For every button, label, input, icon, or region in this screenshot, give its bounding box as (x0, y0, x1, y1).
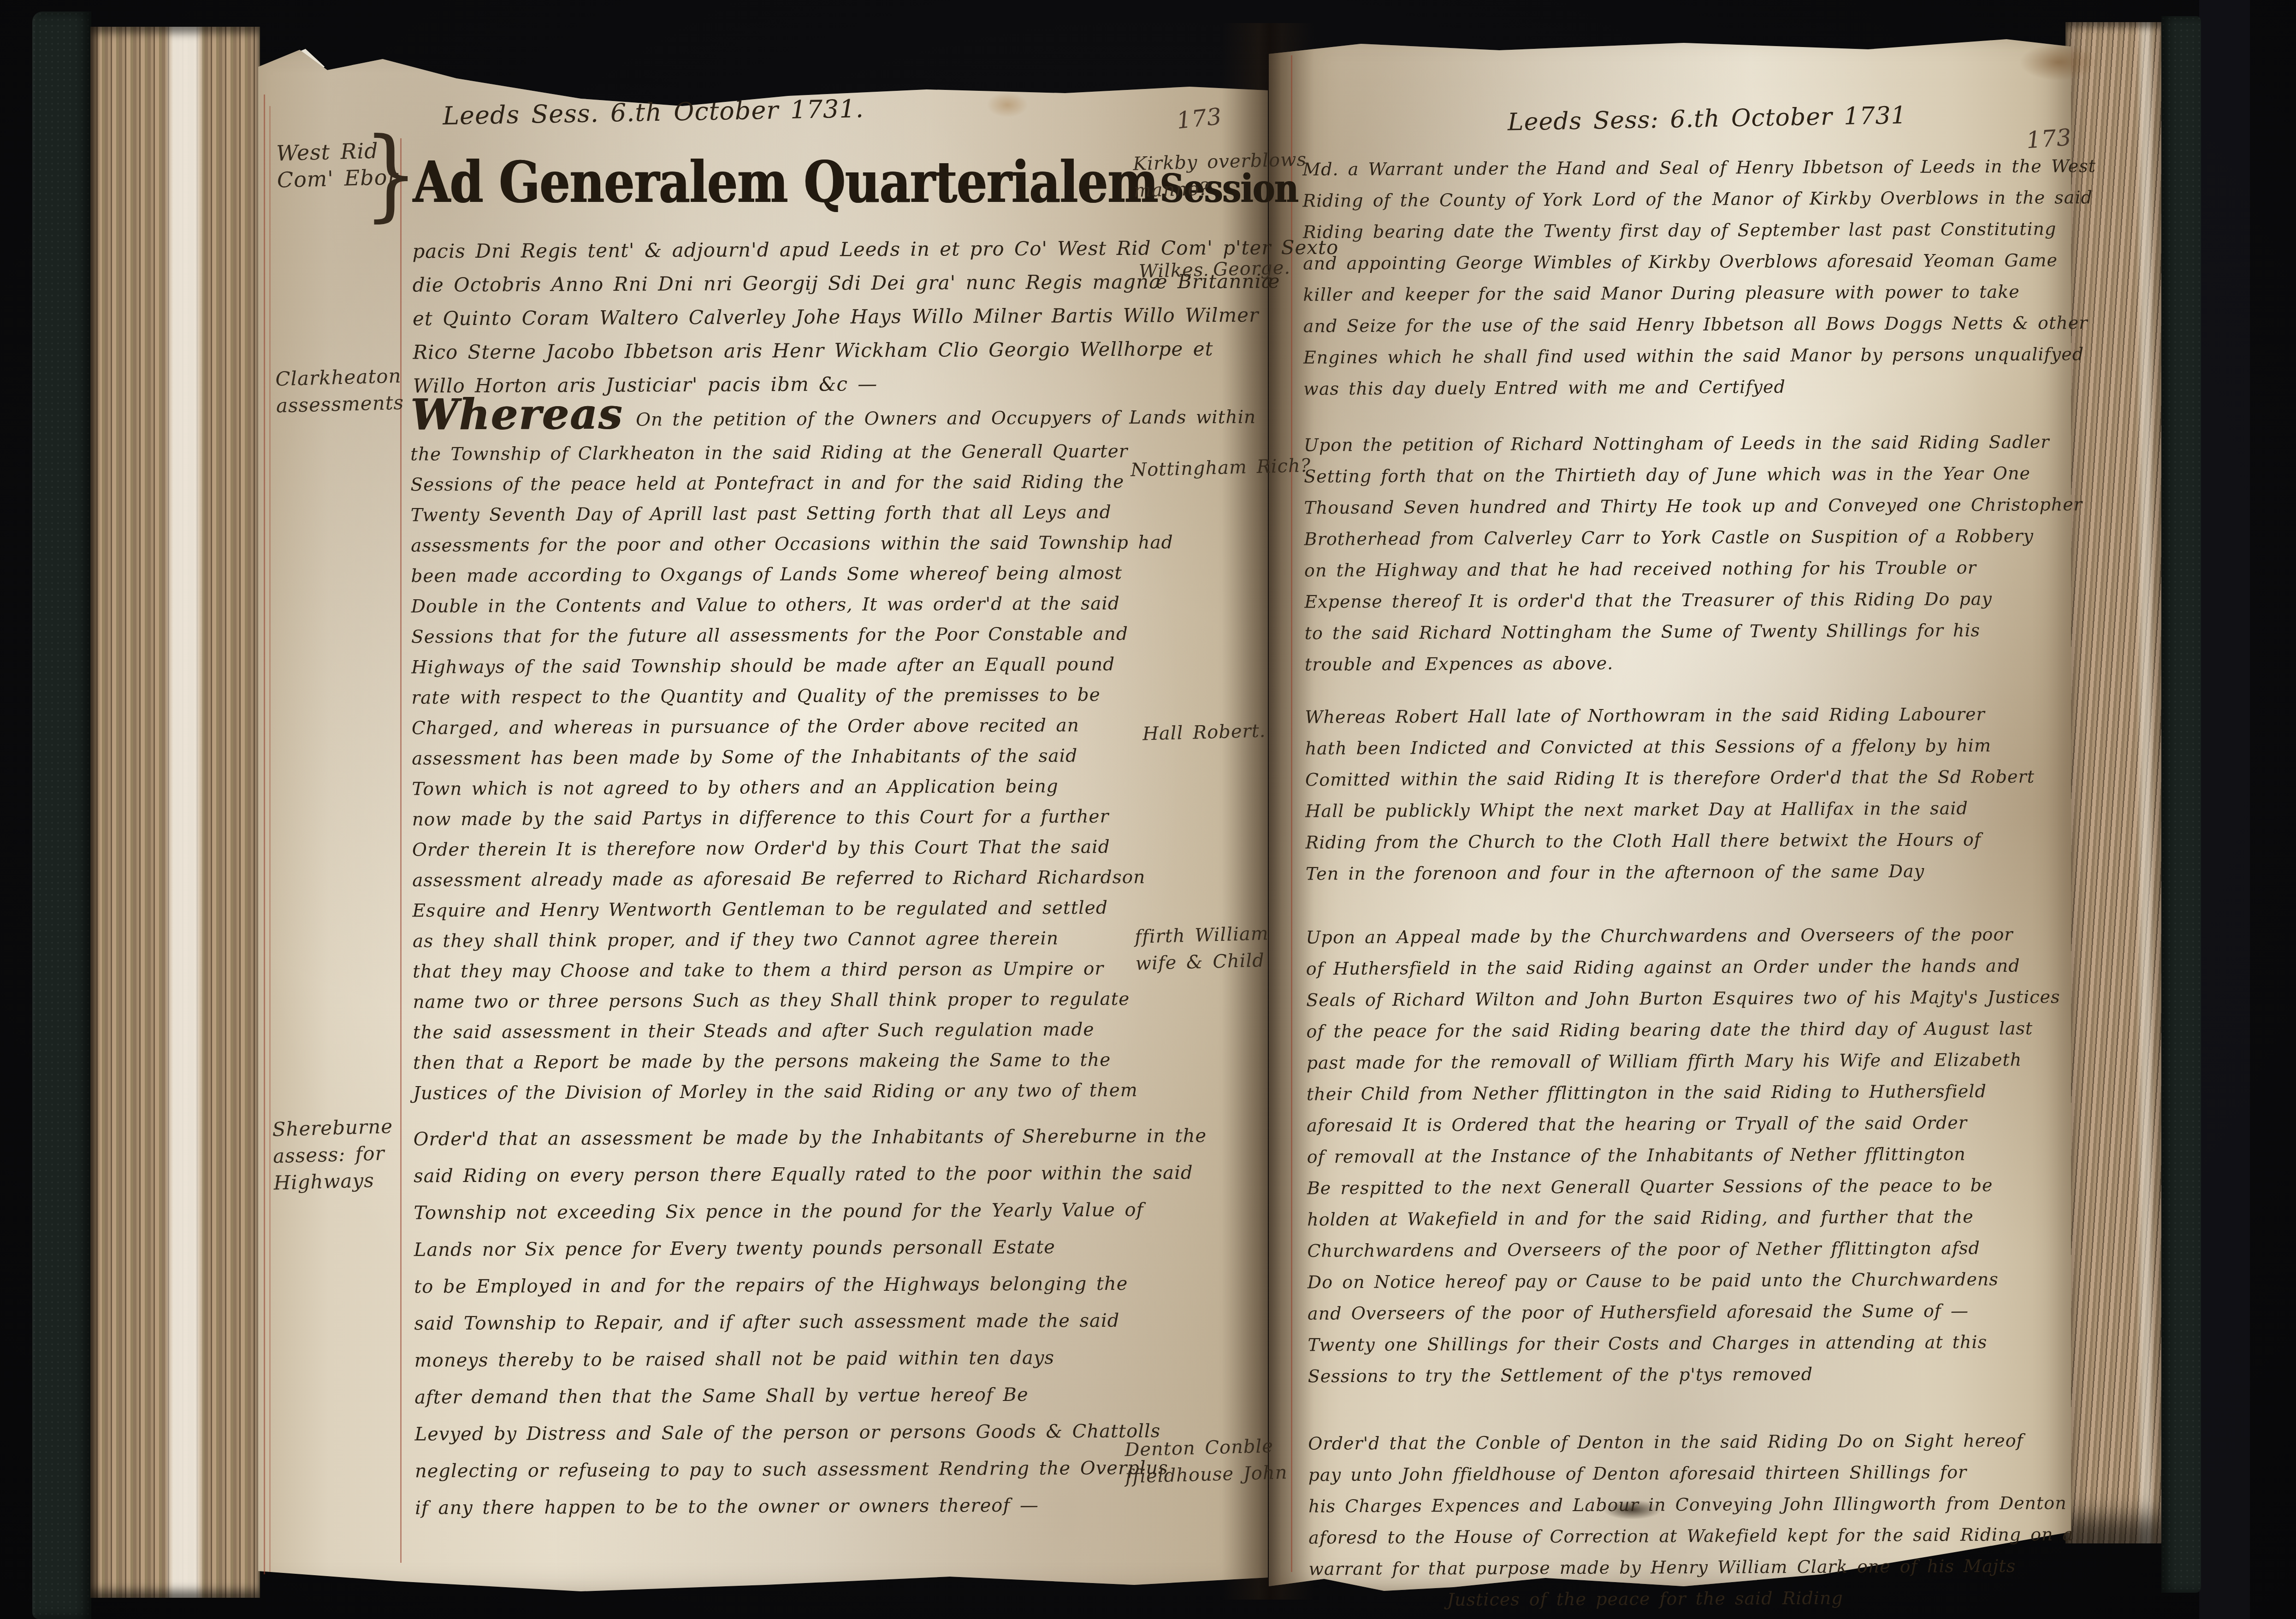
text-line: aforesaid It is Ordered that the hearing… (1307, 1106, 2049, 1141)
text-line: Double in the Contents and Value to othe… (411, 588, 1167, 622)
left-page-number: 173 (1175, 103, 1223, 134)
text-line: aforesd to the House of Correction at Wa… (1308, 1519, 2051, 1553)
text-line: Do on Notice hereof pay or Cause to be p… (1308, 1263, 2050, 1298)
text-line: after demand then that the Same Shall by… (414, 1376, 1171, 1416)
text-line: Upon an Appeal made by the Churchwardens… (1306, 918, 2048, 953)
text-line: of the peace for the said Riding bearing… (1306, 1012, 2048, 1047)
text-line: rate with respect to the Quantity and Qu… (411, 680, 1167, 713)
text-line: to the said Richard Nottingham the Sume … (1304, 614, 2047, 649)
nottingham-paragraph: Upon the petition of Richard Nottingham … (1304, 426, 2047, 680)
right-page-number: 173 (2025, 124, 2072, 154)
text-line: Riding from the Church to the Cloth Hall… (1305, 823, 2047, 858)
book-cover-right (2161, 16, 2201, 1593)
text-line: said Riding on every person there Equall… (414, 1154, 1170, 1194)
firth-paragraph: Upon an Appeal made by the Churchwardens… (1306, 918, 2050, 1392)
page-edges-left (90, 27, 260, 1598)
text-line: Setting forth that on the Thirtieth day … (1304, 457, 2046, 492)
book-cover-left (32, 12, 91, 1619)
heading-large-text: Ad Generalem Quarterialem (413, 148, 1158, 215)
text-line: and Seize for the use of the said Henry … (1303, 307, 2046, 342)
text-line: now made by the said Partys in differenc… (412, 801, 1168, 835)
text-line: as they shall think proper, and if they … (413, 923, 1169, 957)
whereas-line-rest: On the petition of the Owners and Occupy… (636, 407, 1256, 431)
text-line: Order'd that an assessment be made by th… (414, 1117, 1170, 1158)
text-line: Engines which he shall find used within … (1303, 338, 2046, 373)
margin-note-nottingham: Nottingham Rich? (1130, 452, 1311, 484)
text-line: the said assessment in their Steads and … (413, 1014, 1169, 1048)
text-line: said Township to Repair, and if after su… (414, 1302, 1170, 1342)
text-line: die Octobris Anno Rni Dni nri Georgij Sd… (413, 265, 1169, 301)
shereburne-paragraph: Order'd that an assessment be made by th… (414, 1117, 1172, 1526)
text-line: Brotherhead from Calverley Carr to York … (1304, 520, 2047, 555)
text-line: Hall be publickly Whipt the next market … (1305, 792, 2047, 827)
manuscript-photo: Leeds Sess. 6.th October 1731. 173 West … (0, 0, 2296, 1619)
page-edges-right (2065, 22, 2165, 1543)
text-line: been made according to Oxgangs of Lands … (411, 558, 1167, 591)
text-line: Justices of the Division of Morley in th… (413, 1075, 1169, 1109)
text-line: assessment has been made by Some of the … (412, 740, 1168, 774)
text-line: Twenty Seventh Day of Aprill last past S… (411, 497, 1167, 531)
margin-rule-left-edge (264, 95, 265, 1574)
text-line: Order therein It is therefore now Order'… (412, 832, 1168, 865)
text-line: and Overseers of the poor of Huthersfiel… (1308, 1294, 2050, 1329)
text-line: the Township of Clarkheaton in the said … (410, 436, 1166, 470)
text-line: moneys thereby to be raised shall not be… (414, 1339, 1171, 1379)
text-line: assessments for the poor and other Occas… (411, 527, 1167, 561)
text-line: was this day duely Entred with me and Ce… (1303, 370, 2046, 404)
text-line: et Quinto Coram Waltero Calverley Johe H… (413, 298, 1169, 335)
text-line: pacis Dni Regis tent' & adjourn'd apud L… (412, 231, 1168, 268)
whereas-first-line: WhereasOn the petition of the Owners and… (410, 386, 1166, 439)
text-line: hath been Indicted and Convicted at this… (1305, 729, 2047, 764)
text-line: Levyed by Distress and Sale of the perso… (414, 1412, 1171, 1453)
text-line: Justices of the peace for the said Ridin… (1309, 1581, 2051, 1616)
text-line: Expense thereof It is order'd that the T… (1304, 583, 2047, 617)
left-page-body: WhereasOn the petition of the Owners and… (410, 386, 1172, 1526)
margin-rule-right-page (1291, 55, 1292, 1572)
text-line: of removall at the Instance of the Inhab… (1307, 1138, 2049, 1172)
text-line: holden at Wakefield in and for the said … (1307, 1200, 2049, 1235)
text-line: to be Employed in and for the repairs of… (414, 1265, 1170, 1305)
text-line: Whereas Robert Hall late of Northowram i… (1305, 698, 2047, 733)
text-line: Sessions of the peace held at Pontefract… (410, 467, 1166, 500)
hall-paragraph: Whereas Robert Hall late of Northowram i… (1305, 698, 2048, 889)
text-line: Md. a Warrant under the Hand and Seal of… (1302, 151, 2045, 185)
margin-rule-left-edge-2 (269, 106, 271, 1572)
warrant-paragraph: Md. a Warrant under the Hand and Seal of… (1302, 151, 2046, 405)
margin-note-kirkby: Kirkby overblows manno? (1133, 146, 1308, 204)
text-line: trouble and Expences as above. (1305, 645, 2047, 680)
margin-note-hall: Hall Robert. (1142, 718, 1266, 748)
text-line: Sessions to try the Settlement of the p'… (1308, 1357, 2050, 1392)
text-line: if any there happen to be to the owner o… (415, 1486, 1171, 1526)
margin-note-firth: ffirth William wife & Child (1135, 920, 1270, 977)
text-line: Upon the petition of Richard Nottingham … (1304, 426, 2046, 461)
text-line: their Child from Nether fflittington in … (1307, 1075, 2049, 1110)
text-line: killer and keeper for the said Manor Dur… (1303, 276, 2045, 311)
text-line: Sessions that for the future all assessm… (411, 619, 1167, 652)
text-line: name two or three persons Such as they S… (413, 984, 1169, 1017)
text-line: Riding of the County of York Lord of the… (1302, 182, 2045, 217)
text-line: Comitted within the said Riding It is th… (1305, 761, 2047, 795)
text-line: of Huthersfield in the said Riding again… (1306, 950, 2048, 984)
text-line: Thousand Seven hundred and Thirty He too… (1304, 489, 2046, 523)
text-line: Order'd that the Conble of Denton in the… (1308, 1424, 2050, 1459)
margin-note-denton: Denton Conble ffieldhouse John (1124, 1432, 1288, 1490)
margin-note-wilkes: Wilkes George. (1138, 254, 1290, 285)
text-line: Town which is not agreed to by others an… (412, 771, 1168, 804)
text-line: Twenty one Shillings for their Costs and… (1308, 1326, 2050, 1360)
text-line: Churchwardens and Overseers of the poor … (1307, 1232, 2049, 1266)
margin-note-shereburne: Shereburne assess: for Highways (272, 1113, 395, 1197)
text-line: on the Highway and that he had received … (1304, 551, 2047, 586)
text-line: pay unto John ffieldhouse of Denton afor… (1308, 1456, 2050, 1490)
text-line: assessment already made as aforesaid Be … (412, 862, 1168, 896)
whereas-initial-word: Whereas (410, 389, 623, 440)
text-line: Lands nor Six pence for Every twenty pou… (414, 1228, 1170, 1268)
text-line: Riding bearing date the Twenty first day… (1303, 213, 2045, 248)
margin-rule-left-page (400, 138, 402, 1563)
text-line: Rico Sterne Jacobo Ibbetson aris Henr Wi… (413, 332, 1169, 369)
text-line: and appointing George Wimbles of Kirkby … (1303, 245, 2045, 279)
clarkheaton-paragraph: the Township of Clarkheaton in the said … (410, 436, 1169, 1109)
margin-brace: } (363, 116, 419, 232)
text-line: Seals of Richard Wilton and John Burton … (1306, 981, 2048, 1016)
text-line: Esquire and Henry Wentworth Gentleman to… (412, 892, 1168, 926)
denton-paragraph: Order'd that the Conble of Denton in the… (1308, 1424, 2051, 1616)
text-line: that they may Choose and take to them a … (413, 953, 1169, 987)
text-line: past made for the removall of William ff… (1307, 1044, 2049, 1078)
text-line: Highways of the said Township should be … (411, 649, 1167, 683)
text-line: neglecting or refuseing to pay to such a… (415, 1449, 1171, 1489)
text-line: his Charges Expences and Labour in Conve… (1308, 1487, 2051, 1522)
text-line: Charged, and whereas in pursuance of the… (412, 710, 1168, 744)
right-page-body: Md. a Warrant under the Hand and Seal of… (1302, 151, 2051, 1616)
text-line: Ten in the forenoon and four in the afte… (1306, 855, 2048, 889)
margin-note-clarkheaton: Clarkheaton assessments (275, 362, 404, 419)
text-line: then that a Report be made by the person… (413, 1045, 1169, 1078)
text-line: warrant for that purpose made by Henry W… (1308, 1550, 2051, 1584)
text-line: Be respitted to the next Generall Quarte… (1307, 1169, 2049, 1204)
latin-preamble: pacis Dni Regis tent' & adjourn'd apud L… (412, 231, 1169, 402)
backdrop-shadow (2199, 0, 2250, 1619)
text-line: Township not exceeding Six pence in the … (414, 1191, 1170, 1231)
